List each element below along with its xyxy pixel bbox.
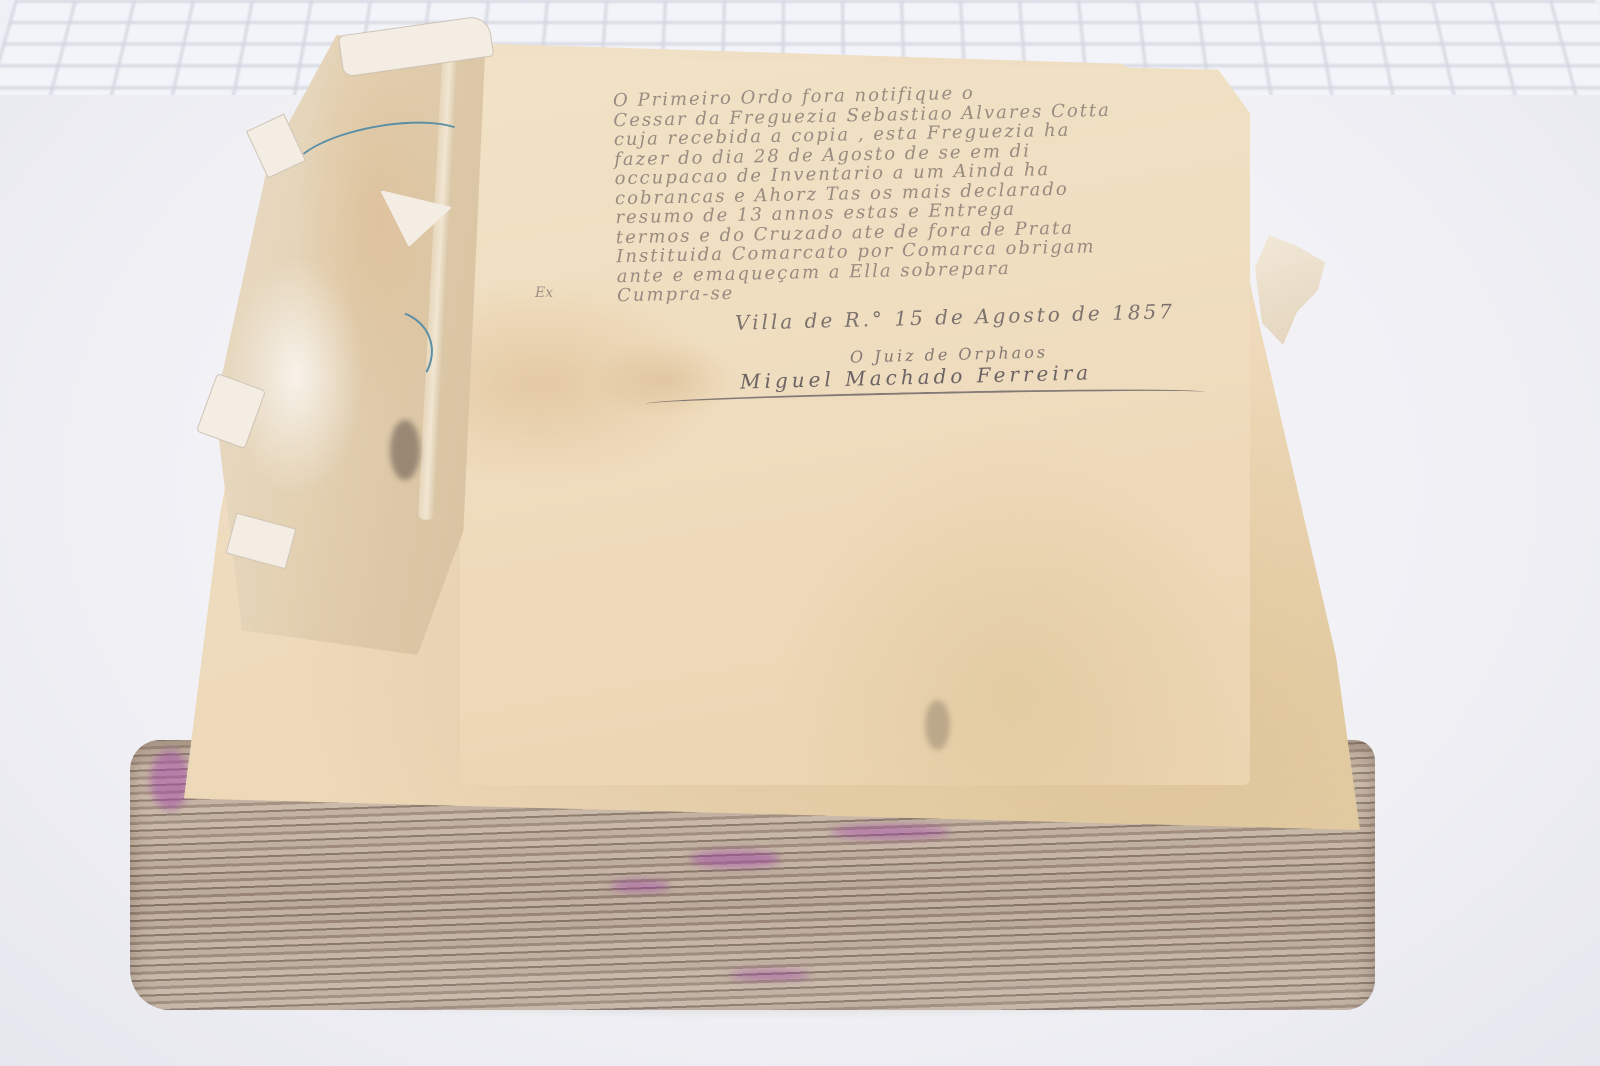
- purple-stain: [150, 750, 190, 810]
- purple-stain: [690, 850, 780, 868]
- purple-stain: [830, 825, 950, 839]
- purple-stain: [730, 970, 810, 980]
- mold-spot: [925, 700, 950, 750]
- mold-spot: [390, 420, 420, 480]
- margin-mark: Ex: [535, 285, 553, 301]
- purple-stain: [610, 880, 670, 892]
- handwritten-text: O Primeiro Ordo fora notifique o Cessar …: [613, 79, 1217, 306]
